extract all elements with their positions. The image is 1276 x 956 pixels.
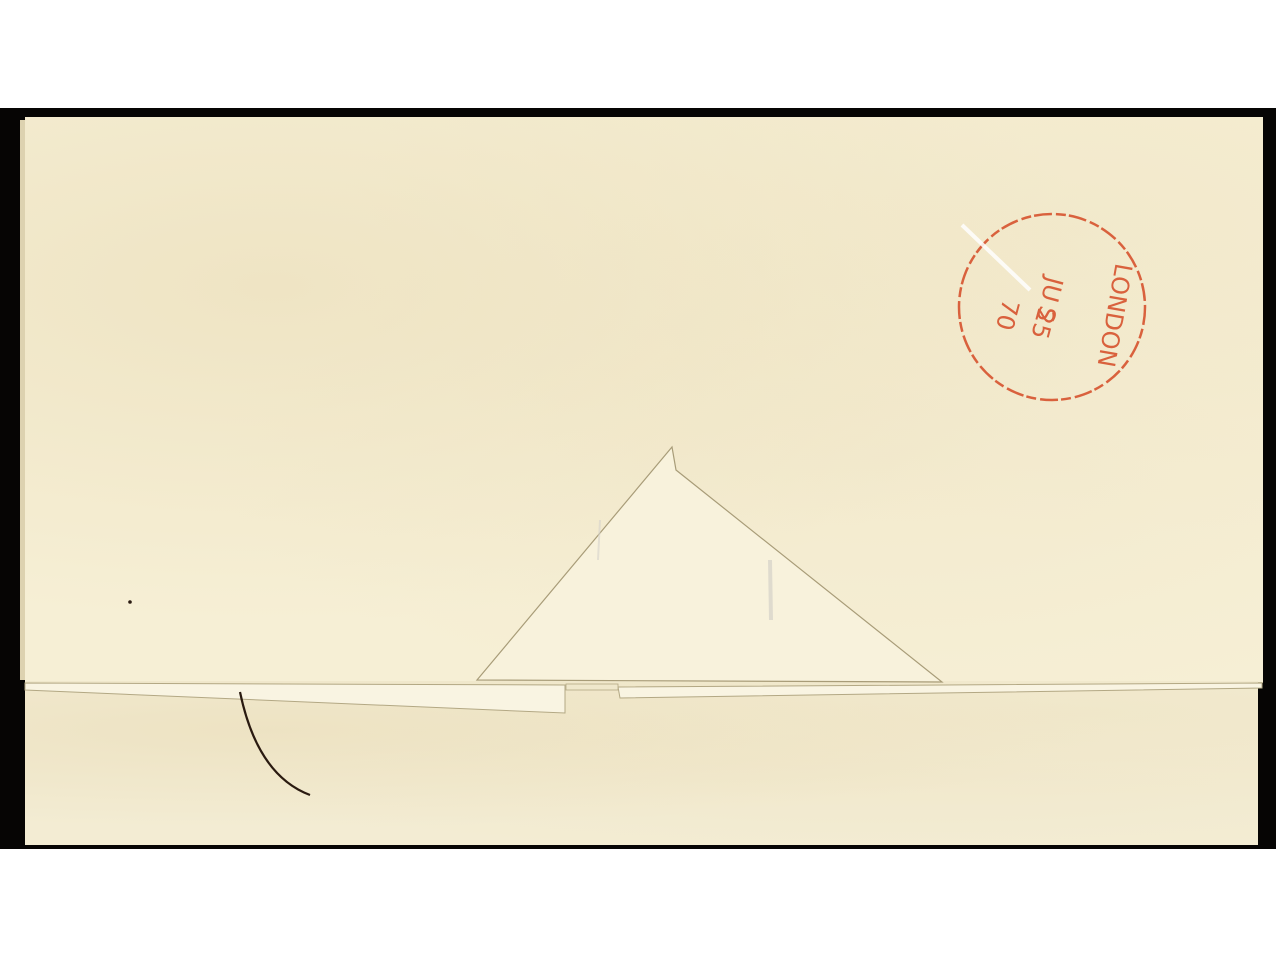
seal-flap [477,447,942,682]
svg-text:70: 70 [990,297,1025,334]
london-postmark: LONDON JU 25 70 S [959,214,1145,400]
ink-stroke [240,692,310,795]
fold-strips [25,683,1262,713]
cover-details: LONDON JU 25 70 S [0,0,1276,956]
svg-text:LONDON: LONDON [1092,261,1138,369]
